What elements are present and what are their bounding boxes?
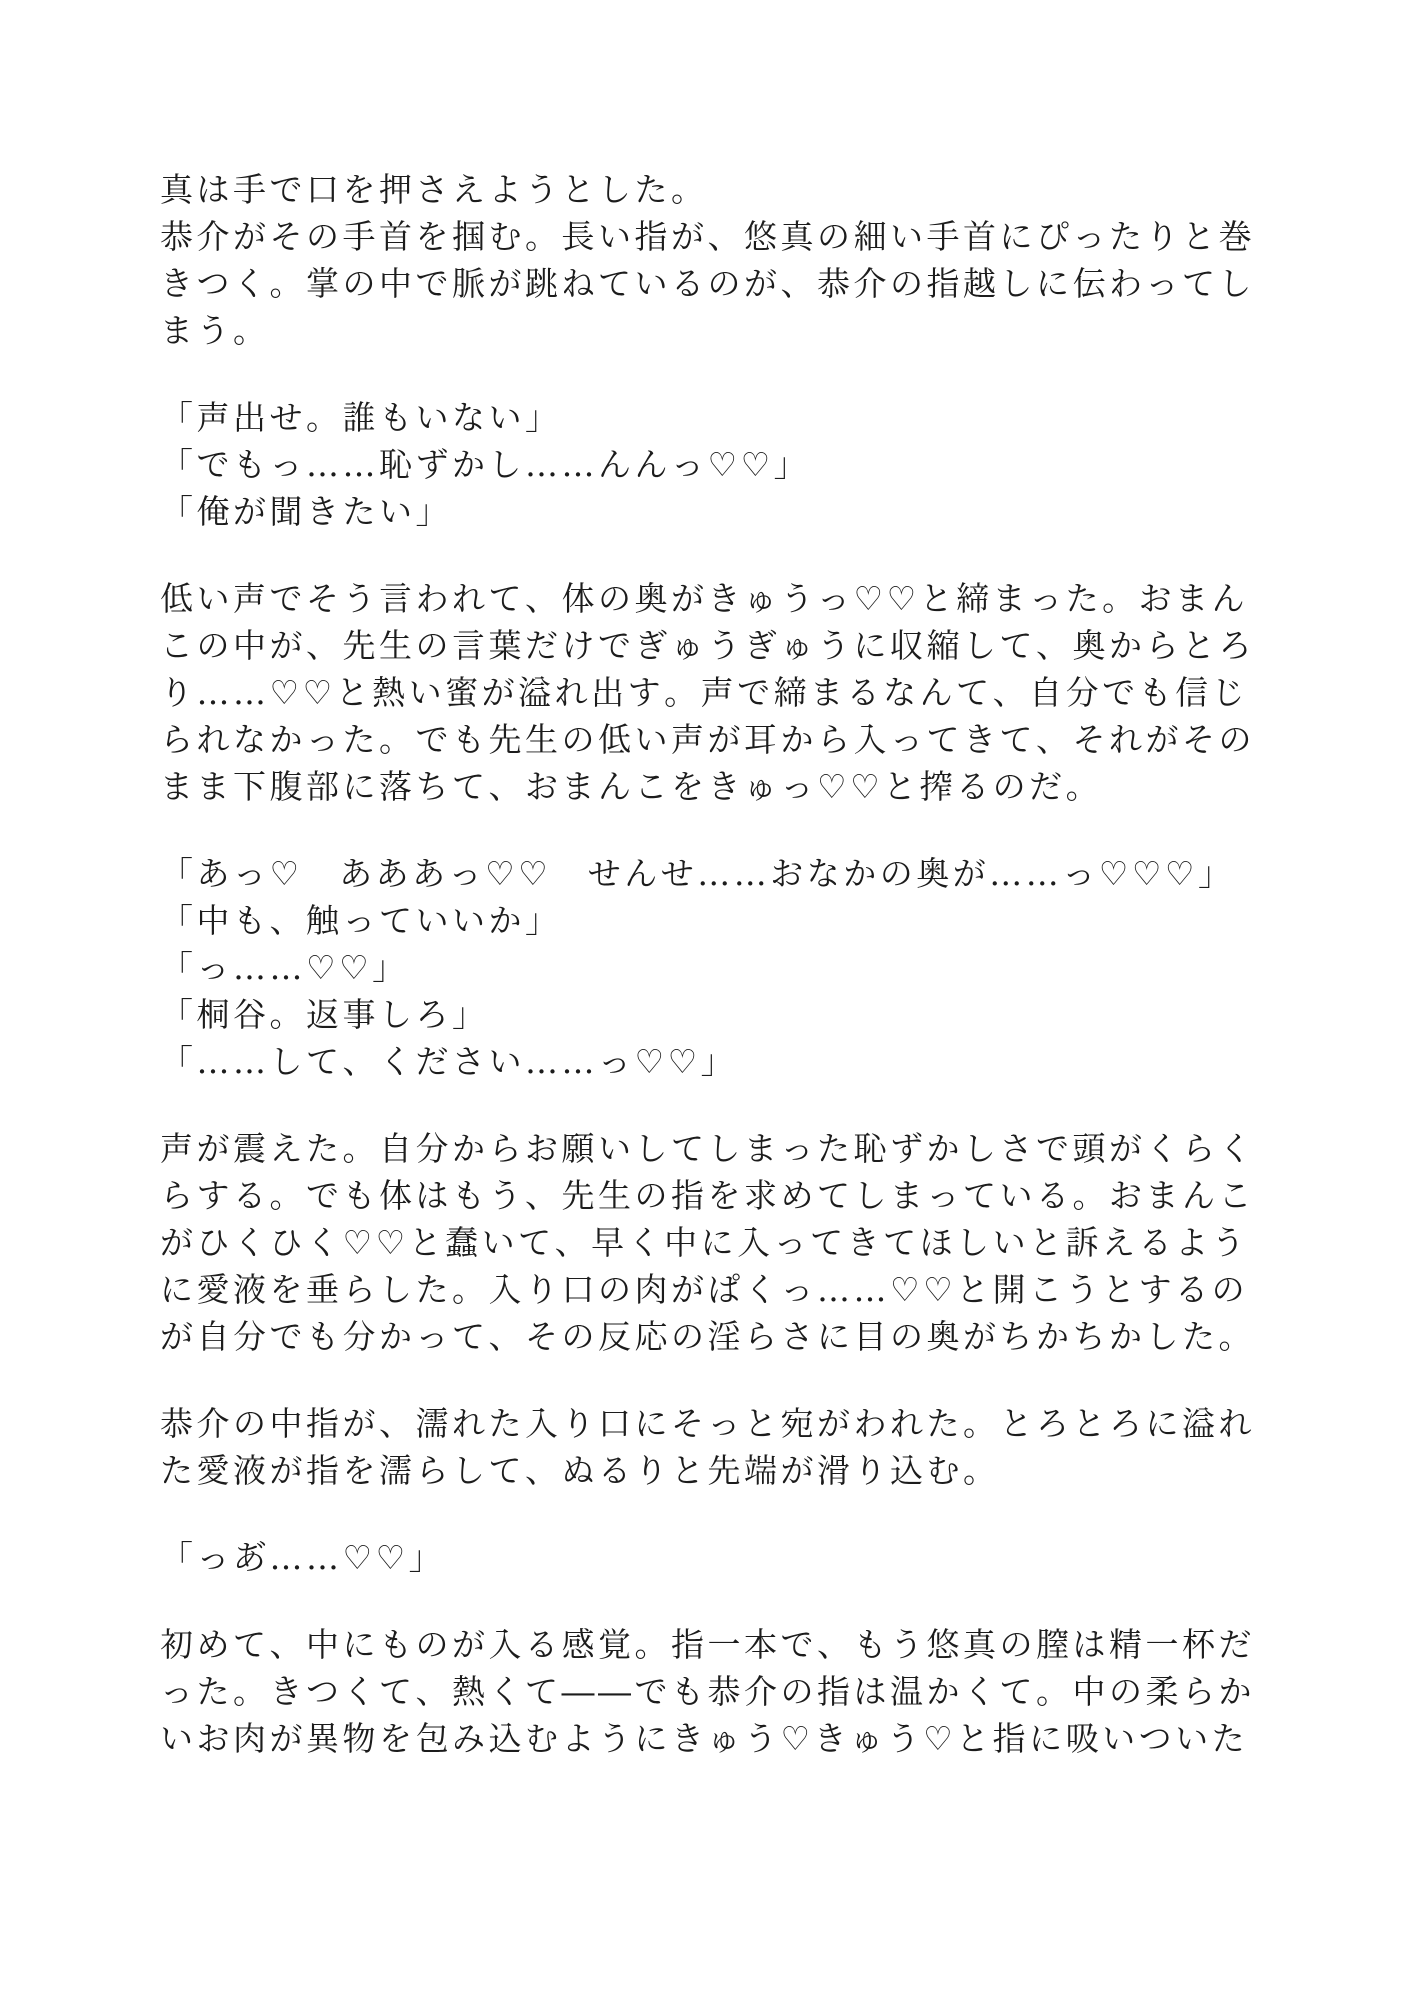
narration-paragraph: 初めて、中にものが入る感覚。指一本で、もう悠真の膣は精一杯だ った。きつくて、熱… [160,1621,1265,1762]
narration-paragraph: 声が震えた。自分からお願いしてしまった恥ずかしさで頭がくらく らする。でも体はも… [160,1125,1265,1360]
dialogue-group: 「声出せ。誰もいない」 「でもっ……恥ずかし……んんっ♡♡」 「俺が聞きたい」 [160,394,1265,535]
narration-paragraph: 真は手で口を押さえようとした。 恭介がその手首を掴む。長い指が、悠真の細い手首に… [160,166,1265,354]
dialogue-line: 「っあ゙……♡♡」 [160,1534,1265,1581]
narration-paragraph: 低い声でそう言われて、体の奥がきゅうっ♡♡と締まった。おまん この中が、先生の言… [160,575,1265,810]
novel-page: 真は手で口を押さえようとした。 恭介がその手首を掴む。長い指が、悠真の細い手首に… [0,0,1415,2000]
dialogue-group: 「あっ♡ あああっ♡♡ せんせ……おなかの奥が……っ♡♡♡」 「中も、触っていい… [160,850,1265,1085]
narration-paragraph: 恭介の中指が、濡れた入り口にそっと宛がわれた。とろとろに溢れ た愛液が指を濡らし… [160,1400,1265,1494]
